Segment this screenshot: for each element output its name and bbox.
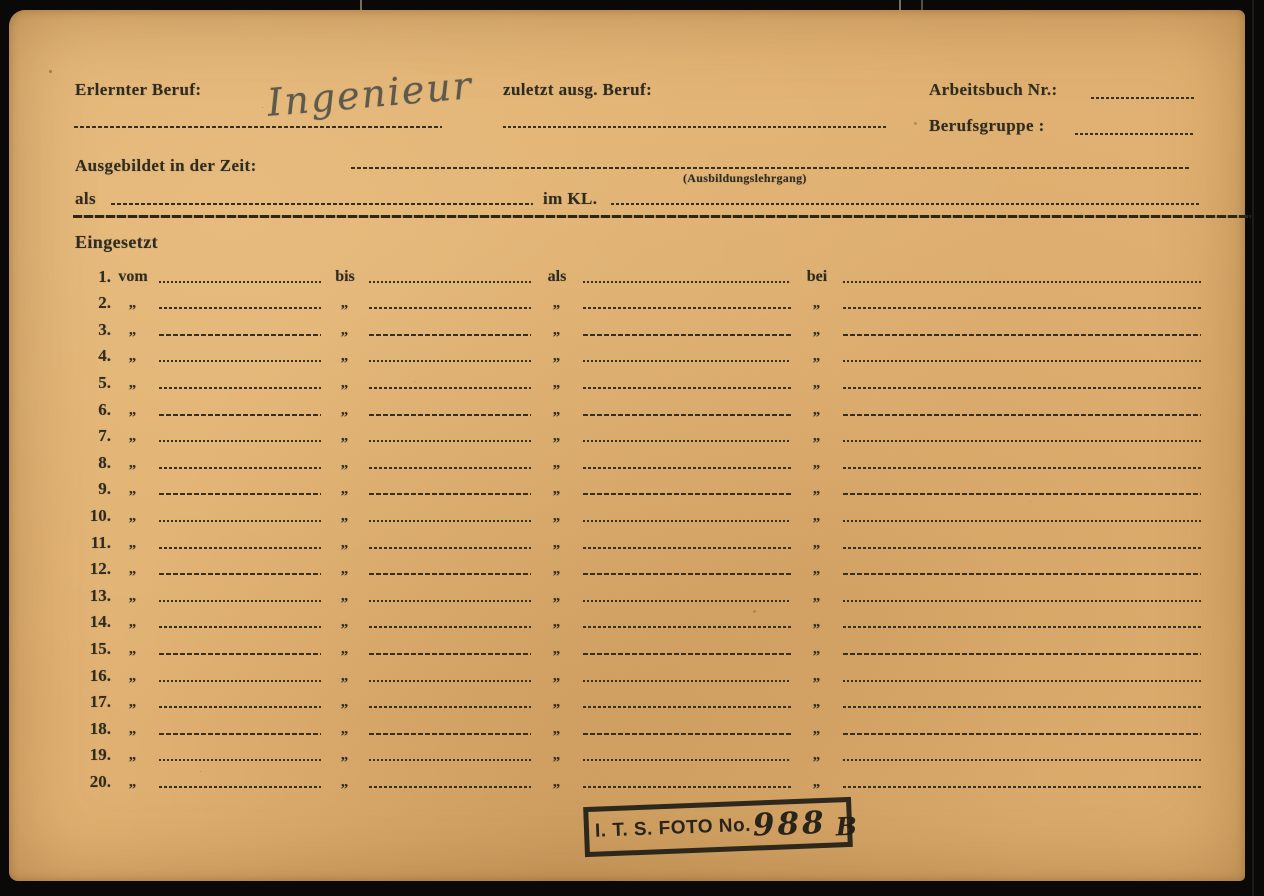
als-column-label: „	[535, 509, 579, 527]
bis-write-in-line	[369, 467, 531, 469]
bis-column-label: bis	[325, 269, 365, 288]
bis-column-label: „	[325, 642, 365, 660]
bei-write-in-line	[843, 440, 1201, 442]
als-write-in-line	[583, 759, 791, 761]
als-write-in-line	[583, 680, 791, 682]
als-write-in-line	[583, 520, 791, 522]
row-number: 10.	[73, 507, 111, 527]
eingesetzt-heading: Eingesetzt	[75, 232, 158, 253]
als-column-label: „	[535, 722, 579, 740]
bei-column-label: „	[795, 509, 839, 527]
row-number: 17.	[73, 693, 111, 713]
row-number: 18.	[73, 720, 111, 740]
bei-column-label: „	[795, 695, 839, 713]
vom-column-label: „	[111, 695, 155, 713]
als-label: als	[75, 189, 96, 209]
als-write-in-line	[583, 600, 791, 602]
bis-write-in-line	[369, 387, 531, 389]
stamp-number-handwritten: 988	[752, 807, 827, 841]
bis-write-in-line	[369, 786, 531, 788]
bis-write-in-line	[369, 653, 531, 655]
vom-column-label: vom	[111, 269, 155, 288]
bei-column-label: „	[795, 669, 839, 687]
bei-write-in-line	[843, 573, 1201, 575]
vom-column-label: „	[111, 296, 155, 314]
als-column-label: „	[535, 695, 579, 713]
als-write-in-line	[583, 786, 791, 788]
als-write-in-line	[583, 493, 791, 495]
als-line	[111, 203, 533, 205]
zuletzt-beruf-label: zuletzt ausg. Beruf:	[503, 80, 652, 100]
bis-column-label: „	[325, 589, 365, 607]
bei-column-label: „	[795, 323, 839, 341]
vom-write-in-line	[159, 520, 321, 522]
bis-column-label: „	[325, 695, 365, 713]
vom-write-in-line	[159, 493, 321, 495]
row-number: 6.	[73, 401, 111, 421]
als-write-in-line	[583, 387, 791, 389]
row-number: 9.	[73, 480, 111, 500]
bis-write-in-line	[369, 493, 531, 495]
bis-column-label: „	[325, 615, 365, 633]
bei-column-label: bei	[795, 269, 839, 288]
bis-write-in-line	[369, 334, 531, 336]
als-write-in-line	[583, 334, 791, 336]
eingesetzt-table: 1. vom bis als bei 2. „ „ „ „ 3. „ „ „ „…	[73, 261, 1201, 793]
vom-column-label: „	[111, 403, 155, 421]
vom-write-in-line	[159, 573, 321, 575]
row-number: 14.	[73, 613, 111, 633]
bis-write-in-line	[369, 360, 531, 362]
bis-column-label: „	[325, 403, 365, 421]
als-write-in-line	[583, 440, 791, 442]
eingesetzt-row: 6. „ „ „ „	[73, 394, 1201, 421]
bei-column-label: „	[795, 536, 839, 554]
vom-column-label: „	[111, 642, 155, 660]
als-write-in-line	[583, 360, 791, 362]
row-number: 13.	[73, 587, 111, 607]
als-write-in-line	[583, 573, 791, 575]
berufsgruppe-line	[1075, 133, 1195, 135]
bis-write-in-line	[369, 573, 531, 575]
section-divider-rule	[73, 215, 1251, 218]
bei-write-in-line	[843, 733, 1201, 735]
bis-column-label: „	[325, 323, 365, 341]
vom-column-label: „	[111, 589, 155, 607]
its-foto-stamp: I. T. S. FOTO No. 988 B	[583, 797, 853, 857]
vom-write-in-line	[159, 387, 321, 389]
als-column-label: „	[535, 775, 579, 793]
vom-column-label: „	[111, 722, 155, 740]
bei-write-in-line	[843, 547, 1201, 549]
bei-column-label: „	[795, 589, 839, 607]
als-write-in-line	[583, 626, 791, 628]
als-column-label: „	[535, 323, 579, 341]
stamp-text: I. T. S. FOTO No.	[595, 815, 752, 843]
eingesetzt-row: 17. „ „ „ „	[73, 687, 1201, 714]
vom-write-in-line	[159, 706, 321, 708]
als-column-label: „	[535, 642, 579, 660]
vom-column-label: „	[111, 456, 155, 474]
bis-column-label: „	[325, 536, 365, 554]
bis-write-in-line	[369, 733, 531, 735]
vom-write-in-line	[159, 626, 321, 628]
row-number: 5.	[73, 374, 111, 394]
bei-write-in-line	[843, 281, 1201, 283]
bei-column-label: „	[795, 456, 839, 474]
als-write-in-line	[583, 547, 791, 549]
eingesetzt-row: 16. „ „ „ „	[73, 660, 1201, 687]
row-number: 11.	[73, 534, 111, 554]
row-number: 3.	[73, 321, 111, 341]
ausbildungslehrgang-note: (Ausbildungslehrgang)	[683, 171, 807, 186]
eingesetzt-row: 7. „ „ „ „	[73, 421, 1201, 448]
vom-write-in-line	[159, 334, 321, 336]
bei-write-in-line	[843, 360, 1201, 362]
vom-column-label: „	[111, 509, 155, 527]
bis-write-in-line	[369, 281, 531, 283]
eingesetzt-row: 8. „ „ „ „	[73, 447, 1201, 474]
ausgebildet-label: Ausgebildet in der Zeit:	[75, 156, 257, 176]
bis-column-label: „	[325, 429, 365, 447]
row-number: 20.	[73, 773, 111, 793]
als-column-label: „	[535, 429, 579, 447]
als-write-in-line	[583, 706, 791, 708]
als-column-label: „	[535, 349, 579, 367]
erlernter-beruf-line	[74, 126, 442, 128]
bei-write-in-line	[843, 493, 1201, 495]
erlernter-beruf-handwritten-value: Ingenieur	[265, 63, 474, 125]
vom-column-label: „	[111, 376, 155, 394]
scratch-mark	[1252, 0, 1254, 896]
bis-write-in-line	[369, 440, 531, 442]
bei-write-in-line	[843, 653, 1201, 655]
eingesetzt-row: 15. „ „ „ „	[73, 633, 1201, 660]
bei-column-label: „	[795, 748, 839, 766]
als-column-label: „	[535, 482, 579, 500]
bis-write-in-line	[369, 307, 531, 309]
als-column-label: „	[535, 589, 579, 607]
bis-write-in-line	[369, 759, 531, 761]
bis-column-label: „	[325, 722, 365, 740]
row-number: 15.	[73, 640, 111, 660]
row-number: 7.	[73, 427, 111, 447]
bis-write-in-line	[369, 626, 531, 628]
vom-column-label: „	[111, 482, 155, 500]
vom-column-label: „	[111, 349, 155, 367]
vom-column-label: „	[111, 748, 155, 766]
eingesetzt-row: 1. vom bis als bei	[73, 261, 1201, 288]
als-column-label: „	[535, 296, 579, 314]
bei-column-label: „	[795, 376, 839, 394]
als-write-in-line	[583, 414, 791, 416]
vom-write-in-line	[159, 467, 321, 469]
vom-write-in-line	[159, 786, 321, 788]
bis-write-in-line	[369, 414, 531, 416]
bei-column-label: „	[795, 615, 839, 633]
als-write-in-line	[583, 653, 791, 655]
vom-write-in-line	[159, 759, 321, 761]
row-number: 4.	[73, 347, 111, 367]
bis-column-label: „	[325, 349, 365, 367]
eingesetzt-row: 5. „ „ „ „	[73, 367, 1201, 394]
bis-write-in-line	[369, 680, 531, 682]
arbeitsbuch-line	[1091, 97, 1195, 99]
vom-write-in-line	[159, 414, 321, 416]
bei-write-in-line	[843, 387, 1201, 389]
bei-column-label: „	[795, 722, 839, 740]
row-number: 1.	[73, 268, 111, 288]
vom-write-in-line	[159, 653, 321, 655]
vom-write-in-line	[159, 360, 321, 362]
eingesetzt-row: 3. „ „ „ „	[73, 314, 1201, 341]
bei-column-label: „	[795, 296, 839, 314]
vom-column-label: „	[111, 775, 155, 793]
bei-write-in-line	[843, 414, 1201, 416]
bis-write-in-line	[369, 600, 531, 602]
bis-column-label: „	[325, 509, 365, 527]
bei-column-label: „	[795, 429, 839, 447]
paper-specks	[49, 70, 52, 73]
bis-column-label: „	[325, 562, 365, 580]
vom-write-in-line	[159, 281, 321, 283]
row-number: 2.	[73, 294, 111, 314]
ausgebildet-line	[351, 167, 1191, 169]
stamp-letter-handwritten: B	[835, 813, 857, 839]
bei-write-in-line	[843, 706, 1201, 708]
als-column-label: „	[535, 403, 579, 421]
als-write-in-line	[583, 733, 791, 735]
eingesetzt-row: 9. „ „ „ „	[73, 474, 1201, 501]
als-column-label: „	[535, 536, 579, 554]
arbeitsbuch-label: Arbeitsbuch Nr.:	[929, 80, 1058, 100]
vom-column-label: „	[111, 562, 155, 580]
bei-column-label: „	[795, 562, 839, 580]
eingesetzt-row: 11. „ „ „ „	[73, 527, 1201, 554]
als-column-label: „	[535, 615, 579, 633]
vom-column-label: „	[111, 615, 155, 633]
vom-write-in-line	[159, 307, 321, 309]
vom-column-label: „	[111, 323, 155, 341]
als-column-label: „	[535, 456, 579, 474]
bei-column-label: „	[795, 403, 839, 421]
eingesetzt-row: 20. „ „ „ „	[73, 766, 1201, 793]
eingesetzt-row: 14. „ „ „ „	[73, 607, 1201, 634]
scratch-mark	[360, 0, 362, 10]
bis-write-in-line	[369, 520, 531, 522]
im-kl-label: im KL.	[543, 189, 597, 209]
als-column-label: „	[535, 748, 579, 766]
row-number: 8.	[73, 454, 111, 474]
bis-write-in-line	[369, 547, 531, 549]
als-write-in-line	[583, 307, 791, 309]
bei-column-label: „	[795, 349, 839, 367]
bei-column-label: „	[795, 775, 839, 793]
bis-column-label: „	[325, 775, 365, 793]
vom-write-in-line	[159, 733, 321, 735]
bis-column-label: „	[325, 748, 365, 766]
bis-column-label: „	[325, 669, 365, 687]
eingesetzt-row: 19. „ „ „ „	[73, 740, 1201, 767]
als-column-label: „	[535, 376, 579, 394]
vom-column-label: „	[111, 429, 155, 447]
bei-write-in-line	[843, 467, 1201, 469]
eingesetzt-row: 18. „ „ „ „	[73, 713, 1201, 740]
vom-write-in-line	[159, 547, 321, 549]
eingesetzt-row: 4. „ „ „ „	[73, 341, 1201, 368]
als-column-label: als	[535, 269, 579, 288]
eingesetzt-row: 12. „ „ „ „	[73, 554, 1201, 581]
erlernter-beruf-label: Erlernter Beruf:	[75, 80, 201, 100]
bis-write-in-line	[369, 706, 531, 708]
eingesetzt-row: 2. „ „ „ „	[73, 288, 1201, 315]
bei-write-in-line	[843, 334, 1201, 336]
row-number: 12.	[73, 560, 111, 580]
bis-column-label: „	[325, 376, 365, 394]
row-number: 19.	[73, 746, 111, 766]
vom-column-label: „	[111, 536, 155, 554]
bei-write-in-line	[843, 307, 1201, 309]
vom-write-in-line	[159, 440, 321, 442]
bei-write-in-line	[843, 600, 1201, 602]
berufsgruppe-label: Berufsgruppe :	[929, 116, 1045, 136]
eingesetzt-row: 10. „ „ „ „	[73, 500, 1201, 527]
vom-write-in-line	[159, 680, 321, 682]
bis-column-label: „	[325, 296, 365, 314]
bei-write-in-line	[843, 520, 1201, 522]
eingesetzt-row: 13. „ „ „ „	[73, 580, 1201, 607]
bei-column-label: „	[795, 482, 839, 500]
zuletzt-beruf-line	[503, 126, 887, 128]
vom-write-in-line	[159, 600, 321, 602]
als-column-label: „	[535, 562, 579, 580]
record-card: Erlernter Beruf: Ingenieur zuletzt ausg.…	[9, 10, 1245, 881]
als-write-in-line	[583, 467, 791, 469]
bei-write-in-line	[843, 680, 1201, 682]
bei-write-in-line	[843, 786, 1201, 788]
bei-write-in-line	[843, 759, 1201, 761]
bei-write-in-line	[843, 626, 1201, 628]
row-number: 16.	[73, 667, 111, 687]
bei-column-label: „	[795, 642, 839, 660]
als-write-in-line	[583, 281, 791, 283]
bis-column-label: „	[325, 482, 365, 500]
bis-column-label: „	[325, 456, 365, 474]
als-column-label: „	[535, 669, 579, 687]
vom-column-label: „	[111, 669, 155, 687]
im-kl-line	[611, 203, 1199, 205]
